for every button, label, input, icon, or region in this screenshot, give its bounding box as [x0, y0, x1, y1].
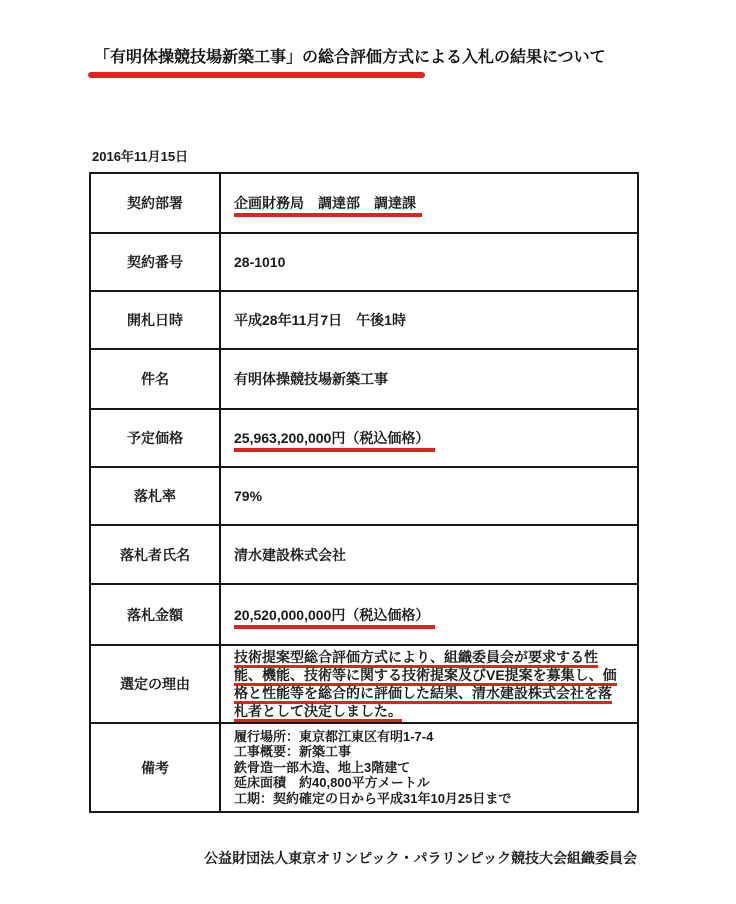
table-row-remarks: 備考 履行場所：東京都江東区有明1-7-4 工事概要：新築工事 鉄骨造一部木造、… [90, 723, 638, 812]
row-value-cell: 25,963,200,000円（税込価格） [220, 409, 638, 467]
contract-department-value: 企画財務局 調達部 調達課 [234, 195, 422, 217]
organization-name: 公益財団法人東京オリンピック・パラリンピック競技大会組織委員会 [89, 848, 637, 868]
row-label: 開札日時 [90, 291, 220, 349]
winning-bid-rate-value: 79% [234, 488, 262, 504]
table-row-planned-price: 予定価格 25,963,200,000円（税込価格） [90, 409, 638, 467]
row-label: 契約番号 [90, 233, 220, 291]
selection-reason-line: 札者として決定しました。 [234, 702, 636, 720]
table-row-winning-bidder-name: 落札者氏名 清水建設株式会社 [90, 525, 638, 584]
selection-reason-line: 技術提案型総合評価方式により、組織委員会が要求する性 [234, 648, 636, 666]
row-label: 落札金額 [90, 584, 220, 645]
row-value-cell: 28-1010 [220, 233, 638, 291]
row-label: 選定の理由 [90, 645, 220, 723]
table-row-bid-opening-datetime: 開札日時 平成28年11月7日 午後1時 [90, 291, 638, 349]
row-value-cell: 平成28年11月7日 午後1時 [220, 291, 638, 349]
page-title: 「有明体操競技場新築工事」の総合評価方式による入札の結果について [94, 44, 606, 67]
title-red-underline [88, 72, 425, 78]
remarks-cell: 履行場所：東京都江東区有明1-7-4 工事概要：新築工事 鉄骨造一部木造、地上3… [220, 723, 638, 812]
row-label: 備考 [90, 723, 220, 812]
project-name-value: 有明体操競技場新築工事 [234, 371, 388, 387]
row-label: 落札率 [90, 467, 220, 525]
row-value-cell: 有明体操競技場新築工事 [220, 349, 638, 409]
row-value-cell: 20,520,000,000円（税込価格） [220, 584, 638, 645]
remarks-line: 履行場所：東京都江東区有明1-7-4 [234, 729, 636, 745]
bid-result-table: 契約部署 企画財務局 調達部 調達課 契約番号 28-1010 開札日時 平成2… [89, 172, 639, 813]
selection-reason-line: 能、機能、技術等に関する技術提案及びVE提案を募集し、価 [234, 666, 636, 684]
winning-bid-amount-value: 20,520,000,000円（税込価格） [234, 607, 435, 629]
bid-opening-datetime-value: 平成28年11月7日 午後1時 [234, 312, 406, 328]
table-row-winning-bid-rate: 落札率 79% [90, 467, 638, 525]
table-row-contract-number: 契約番号 28-1010 [90, 233, 638, 291]
selection-reason-line: 格と性能等を総合的に評価した結果、清水建設株式会社を落 [234, 684, 636, 702]
row-value-cell: 79% [220, 467, 638, 525]
planned-price-value: 25,963,200,000円（税込価格） [234, 430, 435, 452]
remarks-line: 工期：契約確定の日から平成31年10月25日まで [234, 791, 636, 807]
row-value-cell: 企画財務局 調達部 調達課 [220, 173, 638, 233]
row-label: 予定価格 [90, 409, 220, 467]
remarks-line: 鉄骨造一部木造、地上3階建て [234, 760, 636, 776]
remarks-line: 工事概要：新築工事 [234, 744, 636, 760]
selection-reason-cell: 技術提案型総合評価方式により、組織委員会が要求する性 能、機能、技術等に関する技… [220, 645, 638, 723]
table-row-winning-bid-amount: 落札金額 20,520,000,000円（税込価格） [90, 584, 638, 645]
row-label: 落札者氏名 [90, 525, 220, 584]
row-value-cell: 清水建設株式会社 [220, 525, 638, 584]
row-label: 件名 [90, 349, 220, 409]
document-page: 「有明体操競技場新築工事」の総合評価方式による入札の結果について 2016年11… [0, 0, 736, 904]
document-date: 2016年11月15日 [92, 146, 188, 165]
table-row-contract-department: 契約部署 企画財務局 調達部 調達課 [90, 173, 638, 233]
table-row-project-name: 件名 有明体操競技場新築工事 [90, 349, 638, 409]
row-label: 契約部署 [90, 173, 220, 233]
table-row-selection-reason: 選定の理由 技術提案型総合評価方式により、組織委員会が要求する性 能、機能、技術… [90, 645, 638, 723]
contract-number-value: 28-1010 [234, 254, 285, 270]
winning-bidder-name-value: 清水建設株式会社 [234, 547, 346, 563]
remarks-line: 延床面積 約40,800平方メートル [234, 775, 636, 791]
